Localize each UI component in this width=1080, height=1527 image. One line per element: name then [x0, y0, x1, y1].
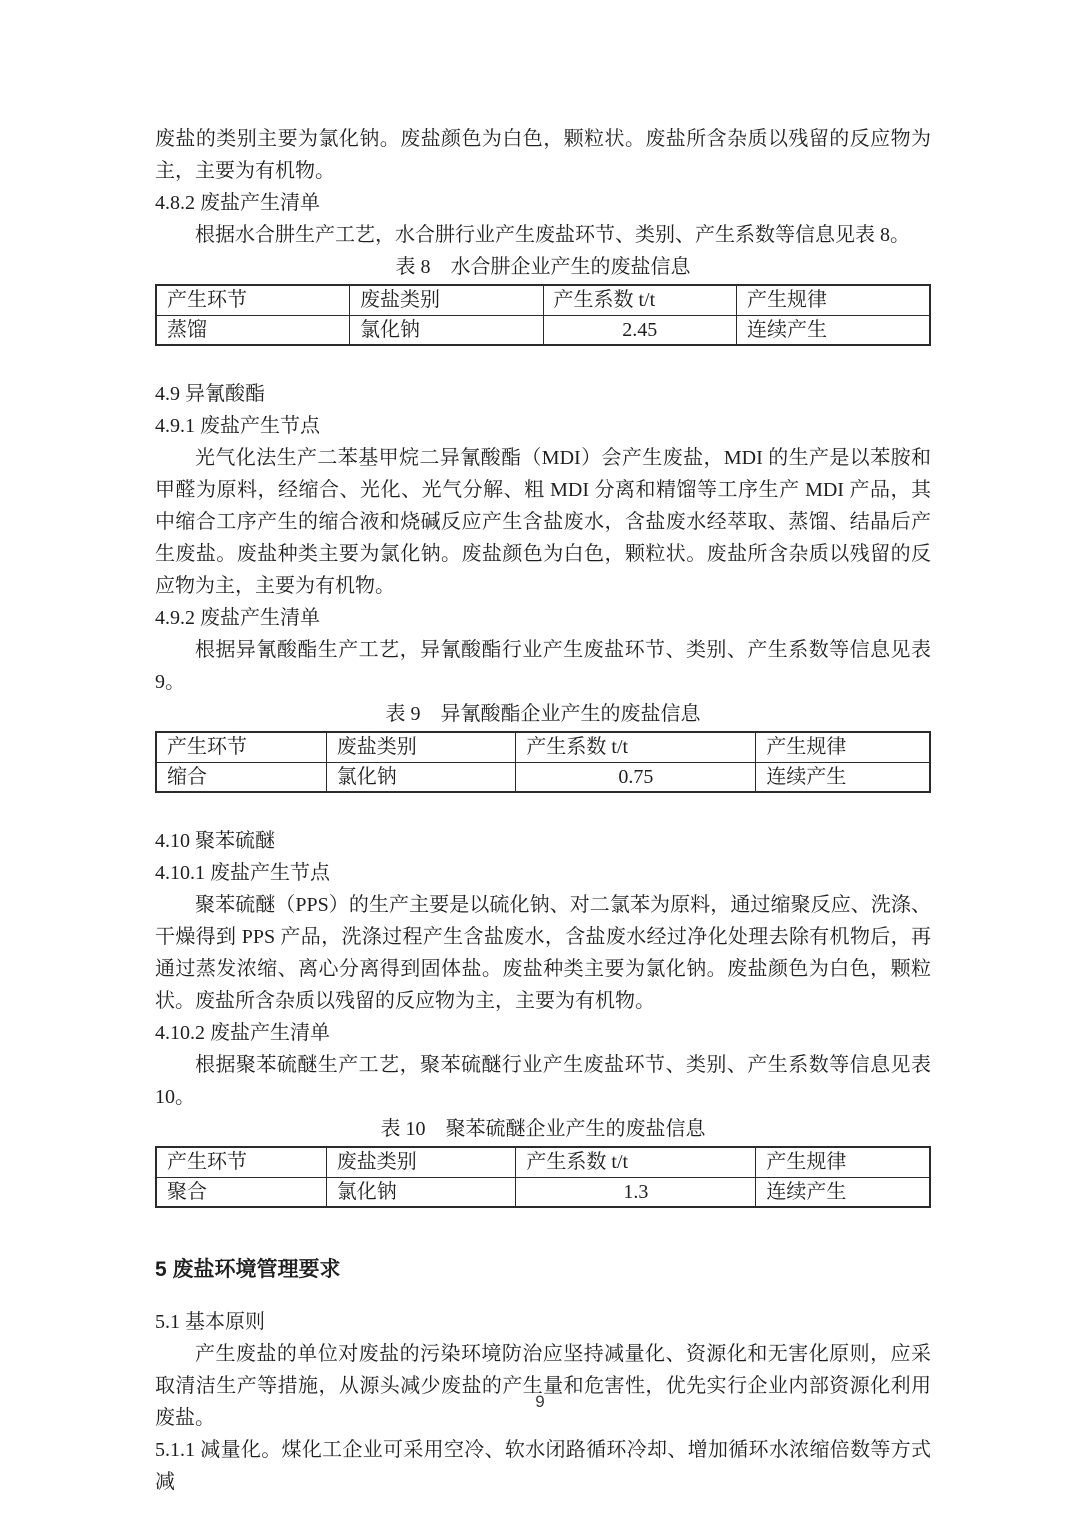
table-9-header-pattern: 产生规律 — [756, 732, 930, 762]
heading-4-10: 4.10 聚苯硫醚 — [155, 825, 931, 857]
paragraph-4-8-2: 根据水合肼生产工艺，水合肼行业产生废盐环节、类别、产生系数等信息见表 8。 — [155, 219, 931, 251]
table-9-header-stage: 产生环节 — [156, 732, 326, 762]
heading-4-10-1: 4.10.1 废盐产生节点 — [155, 857, 931, 889]
table-10-cell-coefficient: 1.3 — [516, 1177, 756, 1207]
page-number: 9 — [0, 1392, 1080, 1412]
paragraph-4-9-1: 光气化法生产二苯基甲烷二异氰酸酯（MDI）会产生废盐，MDI 的生产是以苯胺和甲… — [155, 442, 931, 602]
table-8-header-row: 产生环节 废盐类别 产生系数 t/t 产生规律 — [156, 285, 930, 315]
heading-5-1: 5.1 基本原则 — [155, 1306, 931, 1338]
table-9-cell-pattern: 连续产生 — [756, 762, 930, 792]
table-9-header-row: 产生环节 废盐类别 产生系数 t/t 产生规律 — [156, 732, 930, 762]
heading-5: 5 废盐环境管理要求 — [155, 1250, 931, 1290]
document-page: 废盐的类别主要为氯化钠。废盐颜色为白色，颗粒状。废盐所含杂质以残留的反应物为主，… — [0, 0, 1080, 1527]
table-10-cell-pattern: 连续产生 — [756, 1177, 930, 1207]
heading-4-9-1: 4.9.1 废盐产生节点 — [155, 410, 931, 442]
table-9-cell-stage: 缩合 — [156, 762, 326, 792]
table-10: 产生环节 废盐类别 产生系数 t/t 产生规律 聚合 氯化钠 1.3 连续产生 — [155, 1146, 931, 1208]
table-10-cell-stage: 聚合 — [156, 1177, 326, 1207]
table-8-cell-pattern: 连续产生 — [737, 315, 931, 345]
heading-4-10-2: 4.10.2 废盐产生清单 — [155, 1017, 931, 1049]
table-9-header-coefficient: 产生系数 t/t — [516, 732, 756, 762]
heading-4-9: 4.9 异氰酸酯 — [155, 378, 931, 410]
paragraph-waste-salt-continuation: 废盐的类别主要为氯化钠。废盐颜色为白色，颗粒状。废盐所含杂质以残留的反应物为主，… — [155, 123, 931, 187]
table-10-header-stage: 产生环节 — [156, 1147, 326, 1177]
table-8-header-stage: 产生环节 — [156, 285, 350, 315]
table-8-header-coefficient: 产生系数 t/t — [543, 285, 737, 315]
table-8-header-pattern: 产生规律 — [737, 285, 931, 315]
table-8-cell-coefficient: 2.45 — [543, 315, 737, 345]
paragraph-4-10-1: 聚苯硫醚（PPS）的生产主要是以硫化钠、对二氯苯为原料，通过缩聚反应、洗涤、干燥… — [155, 889, 931, 1017]
table-9-header-type: 废盐类别 — [326, 732, 516, 762]
table-8-data-row: 蒸馏 氯化钠 2.45 连续产生 — [156, 315, 930, 345]
paragraph-4-9-2: 根据异氰酸酯生产工艺，异氰酸酯行业产生废盐环节、类别、产生系数等信息见表 9。 — [155, 634, 931, 698]
table-9-data-row: 缩合 氯化钠 0.75 连续产生 — [156, 762, 930, 792]
table-10-cell-type: 氯化钠 — [326, 1177, 516, 1207]
table-10-caption: 表 10 聚苯硫醚企业产生的废盐信息 — [155, 1113, 931, 1145]
table-9-caption: 表 9 异氰酸酯企业产生的废盐信息 — [155, 698, 931, 730]
table-8-caption: 表 8 水合肼企业产生的废盐信息 — [155, 251, 931, 283]
heading-4-9-2: 4.9.2 废盐产生清单 — [155, 602, 931, 634]
table-9: 产生环节 废盐类别 产生系数 t/t 产生规律 缩合 氯化钠 0.75 连续产生 — [155, 731, 931, 793]
table-8-cell-stage: 蒸馏 — [156, 315, 350, 345]
heading-4-8-2: 4.8.2 废盐产生清单 — [155, 187, 931, 219]
table-10-header-pattern: 产生规律 — [756, 1147, 930, 1177]
page-content: 废盐的类别主要为氯化钠。废盐颜色为白色，颗粒状。废盐所含杂质以残留的反应物为主，… — [155, 123, 931, 1498]
table-8-cell-type: 氯化钠 — [350, 315, 544, 345]
table-8: 产生环节 废盐类别 产生系数 t/t 产生规律 蒸馏 氯化钠 2.45 连续产生 — [155, 284, 931, 346]
table-9-cell-coefficient: 0.75 — [516, 762, 756, 792]
table-10-header-type: 废盐类别 — [326, 1147, 516, 1177]
table-10-header-row: 产生环节 废盐类别 产生系数 t/t 产生规律 — [156, 1147, 930, 1177]
table-10-data-row: 聚合 氯化钠 1.3 连续产生 — [156, 1177, 930, 1207]
paragraph-5-1: 产生废盐的单位对废盐的污染环境防治应坚持减量化、资源化和无害化原则，应采取清洁生… — [155, 1338, 931, 1434]
table-10-header-coefficient: 产生系数 t/t — [516, 1147, 756, 1177]
paragraph-4-10-2: 根据聚苯硫醚生产工艺，聚苯硫醚行业产生废盐环节、类别、产生系数等信息见表 10。 — [155, 1049, 931, 1113]
paragraph-5-1-1: 5.1.1 减量化。煤化工企业可采用空冷、软水闭路循环冷却、增加循环水浓缩倍数等… — [155, 1434, 931, 1498]
table-9-cell-type: 氯化钠 — [326, 762, 516, 792]
table-8-header-type: 废盐类别 — [350, 285, 544, 315]
